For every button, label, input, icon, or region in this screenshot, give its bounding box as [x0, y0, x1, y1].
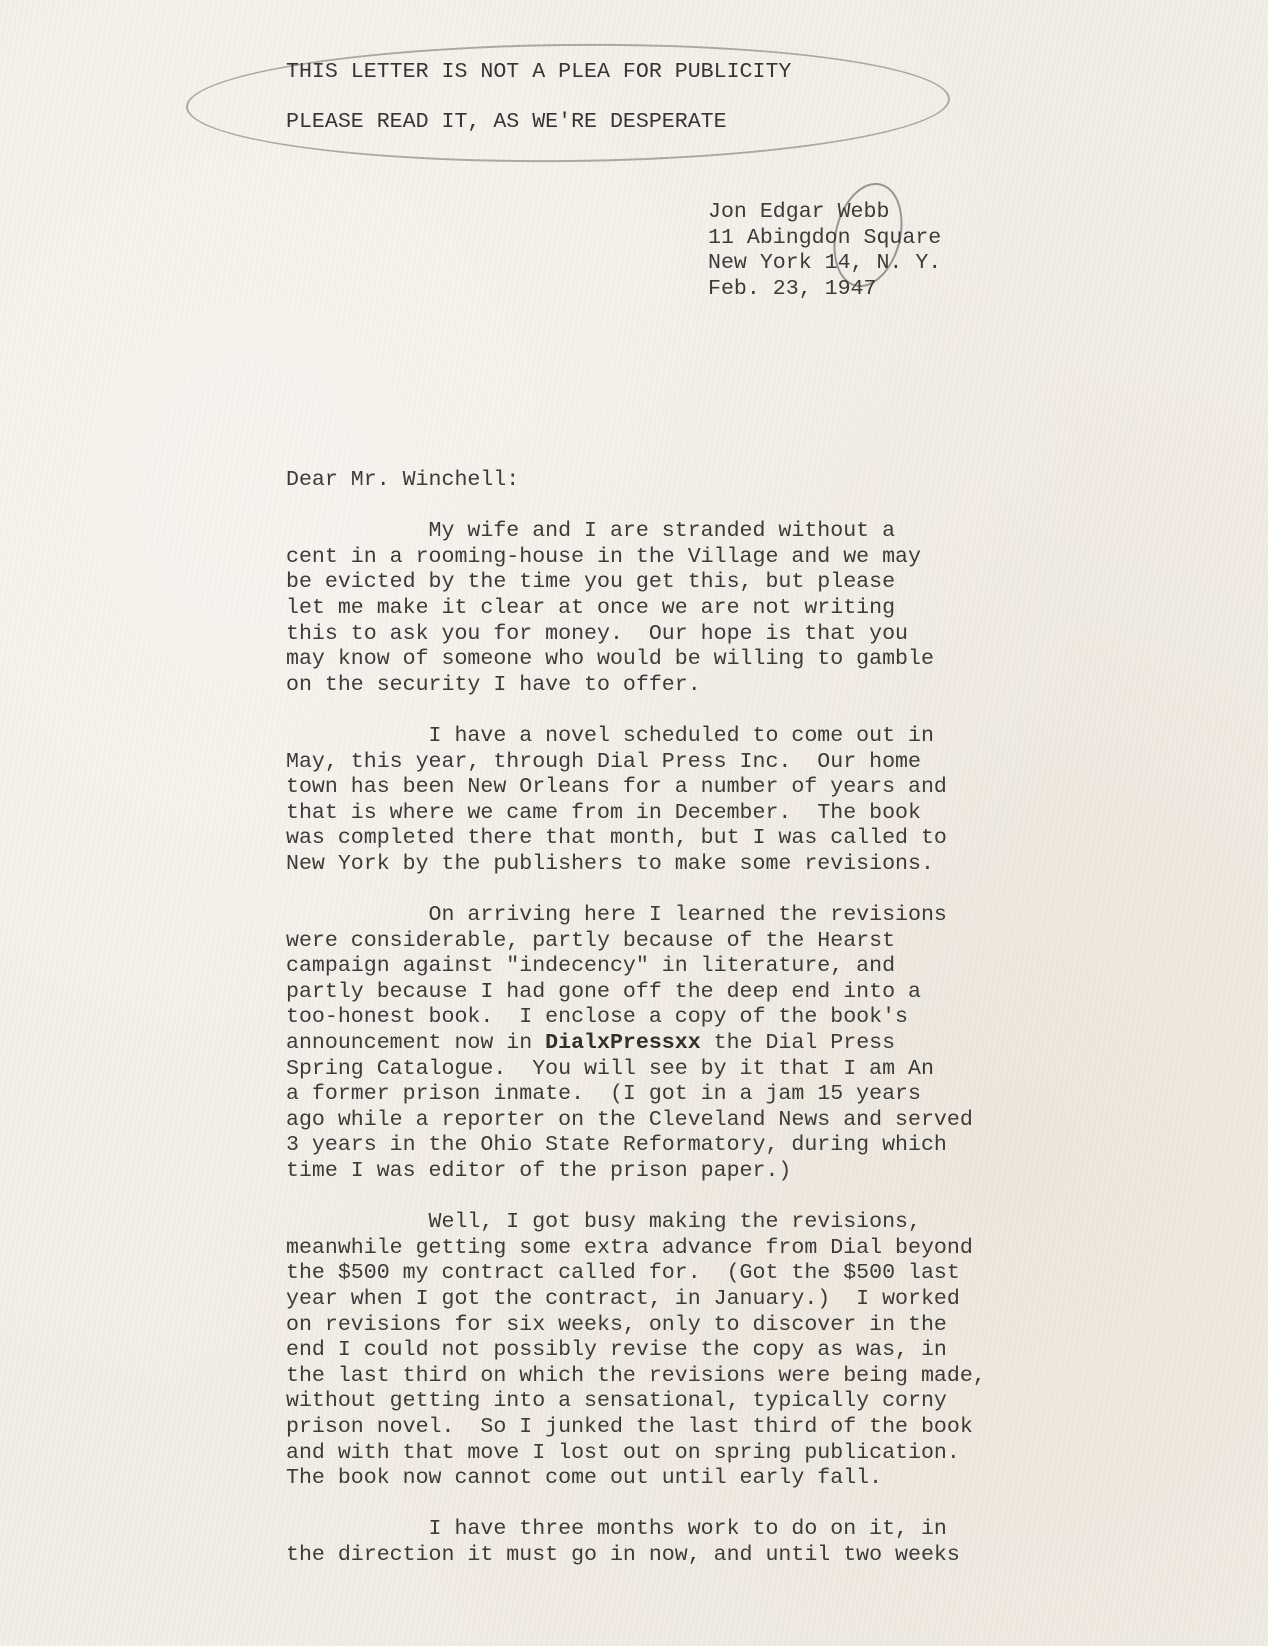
- text-line: too-honest book. I enclose a copy of the…: [286, 1005, 986, 1031]
- text-line: partly because I had gone off the deep e…: [286, 980, 986, 1006]
- sender-block: Jon Edgar Webb 11 Abingdon Square New Yo…: [708, 200, 941, 302]
- paragraph-2: I have a novel scheduled to come out in …: [286, 724, 986, 878]
- text-line: meanwhile getting some extra advance fro…: [286, 1236, 986, 1262]
- text-line: and with that move I lost out on spring …: [286, 1441, 986, 1467]
- text-line: let me make it clear at once we are not …: [286, 596, 986, 622]
- sender-address-line-2: New York 14, N. Y.: [708, 251, 941, 277]
- text-line: on the security I have to offer.: [286, 673, 986, 699]
- text-line: time I was editor of the prison paper.): [286, 1159, 986, 1185]
- text-segment: announcement now in: [286, 1031, 545, 1055]
- text-line: the $500 my contract called for. (Got th…: [286, 1261, 986, 1287]
- text-line: year when I got the contract, in January…: [286, 1287, 986, 1313]
- text-line: On arriving here I learned the revisions: [286, 903, 986, 929]
- text-line: were considerable, partly because of the…: [286, 929, 986, 955]
- sender-address-line-1: 11 Abingdon Square: [708, 226, 941, 252]
- text-line: be evicted by the time you get this, but…: [286, 570, 986, 596]
- text-line: I have a novel scheduled to come out in: [286, 724, 986, 750]
- text-line: I have three months work to do on it, in: [286, 1517, 986, 1543]
- letter-body: Dear Mr. Winchell: My wife and I are str…: [286, 468, 986, 1569]
- text-line: campaign against "indecency" in literatu…: [286, 954, 986, 980]
- text-line: that is where we came from in December. …: [286, 801, 986, 827]
- paragraph-3: On arriving here I learned the revisions…: [286, 903, 986, 1185]
- text-line-with-strikeout: announcement now in DialxPressxx the Dia…: [286, 1031, 986, 1057]
- text-line: The book now cannot come out until early…: [286, 1466, 986, 1492]
- text-line: May, this year, through Dial Press Inc. …: [286, 750, 986, 776]
- text-line: 3 years in the Ohio State Reformatory, d…: [286, 1133, 986, 1159]
- text-line: Spring Catalogue. You will see by it tha…: [286, 1057, 986, 1083]
- text-line: without getting into a sensational, typi…: [286, 1389, 986, 1415]
- text-segment: the Dial Press: [701, 1031, 895, 1055]
- text-line: My wife and I are stranded without a: [286, 519, 986, 545]
- struck-out-text: DialxPressxx: [545, 1031, 701, 1055]
- text-line: prison novel. So I junked the last third…: [286, 1415, 986, 1441]
- text-line: New York by the publishers to make some …: [286, 852, 986, 878]
- paragraph-4: Well, I got busy making the revisions, m…: [286, 1210, 986, 1492]
- header-note-line-2: PLEASE READ IT, AS WE'RE DESPERATE: [286, 110, 727, 134]
- text-line: ago while a reporter on the Cleveland Ne…: [286, 1108, 986, 1134]
- letter-date: Feb. 23, 1947: [708, 277, 941, 303]
- paragraph-5: I have three months work to do on it, in…: [286, 1517, 986, 1568]
- text-line: may know of someone who would be willing…: [286, 647, 986, 673]
- text-line: end I could not possibly revise the copy…: [286, 1338, 986, 1364]
- text-line: the last third on which the revisions we…: [286, 1364, 986, 1390]
- text-line: the direction it must go in now, and unt…: [286, 1543, 986, 1569]
- text-line: on revisions for six weeks, only to disc…: [286, 1313, 986, 1339]
- paragraph-1: My wife and I are stranded without a cen…: [286, 519, 986, 698]
- text-line: cent in a rooming-house in the Village a…: [286, 545, 986, 571]
- text-line: a former prison inmate. (I got in a jam …: [286, 1082, 986, 1108]
- salutation: Dear Mr. Winchell:: [286, 468, 986, 494]
- pencil-oval-annotation: [185, 40, 950, 166]
- header-note-line-1: THIS LETTER IS NOT A PLEA FOR PUBLICITY: [286, 60, 791, 84]
- text-line: Well, I got busy making the revisions,: [286, 1210, 986, 1236]
- text-line: this to ask you for money. Our hope is t…: [286, 622, 986, 648]
- text-line: town has been New Orleans for a number o…: [286, 775, 986, 801]
- text-line: was completed there that month, but I wa…: [286, 826, 986, 852]
- sender-name: Jon Edgar Webb: [708, 200, 941, 226]
